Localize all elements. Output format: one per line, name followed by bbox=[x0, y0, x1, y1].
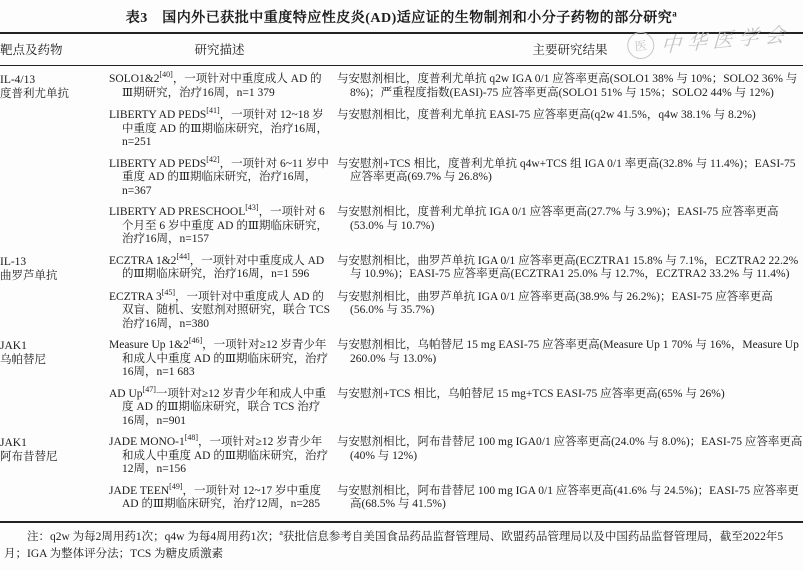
study-description: JADE TEEN[49]，一项针对 12~17 岁中重度 AD 的Ⅲ期临床研究… bbox=[109, 485, 330, 512]
study-result: 与安慰剂+TCS 相比，度普利尤单抗 q4w+TCS 组 IGA 0/1 率更高… bbox=[337, 158, 803, 199]
study-description: LIBERTY AD PEDS[42]，一项针对 6~11 岁中重度 AD 的Ⅲ… bbox=[109, 158, 330, 199]
study-description: LIBERTY AD PRESCHOOL[43]，一项针对 6 个月至 6 岁中… bbox=[109, 206, 330, 247]
drug-name: 度普利尤单抗 bbox=[0, 87, 102, 101]
target-cell bbox=[0, 388, 102, 429]
study-result: 与安慰剂相比，阿布昔替尼 100 mg IGA 0/1 应答率更高(41.6% … bbox=[337, 485, 803, 512]
study-result: 与安慰剂相比，度普利尤单抗 IGA 0/1 应答率更高(27.7% 与 3.9%… bbox=[337, 206, 803, 247]
target-cell bbox=[0, 485, 102, 512]
column-header-results: 主要研究结果 bbox=[337, 40, 803, 58]
target-cell bbox=[0, 291, 102, 332]
study-result: 与安慰剂相比，曲罗芦单抗 IGA 0/1 应答率更高(38.9% 与 26.2%… bbox=[337, 291, 803, 332]
study-description: JADE MONO-1[48]，一项针对≥12 岁青少年和成人中重度 AD 的Ⅲ… bbox=[109, 436, 330, 477]
reference-marker: [46] bbox=[189, 336, 202, 345]
target-cell: JAK1 乌帕替尼 bbox=[0, 339, 102, 380]
reference-marker: [48] bbox=[185, 433, 198, 442]
target-cell bbox=[0, 206, 102, 247]
table-header-row: 靶点及药物 研究描述 主要研究结果 bbox=[0, 34, 803, 66]
study-description: AD Up[47]一项针对≥12 岁青少年和成人中重度 AD 的Ⅲ期临床研究，联… bbox=[109, 388, 330, 429]
study-result: 与安慰剂+TCS 相比，乌帕替尼 15 mg+TCS EASI-75 应答率更高… bbox=[337, 388, 803, 429]
target-name: IL-4/13 bbox=[0, 73, 102, 87]
study-result: 与安慰剂相比，阿布昔替尼 100 mg IGA0/1 应答率更高(24.0% 与… bbox=[337, 436, 803, 477]
reference-marker: [44] bbox=[176, 252, 189, 261]
study-description: ECZTRA 1&2[44]，一项针对中重度成人 AD 的Ⅲ期临床研究，治疗16… bbox=[109, 255, 330, 283]
study-description: LIBERTY AD PEDS[41]，一项针对 12~18 岁中重度 AD 的… bbox=[109, 109, 330, 150]
reference-marker: [40] bbox=[159, 70, 172, 79]
drug-name: 曲罗芦单抗 bbox=[0, 269, 102, 283]
table-title-text: 表3 国内外已获批中重度特应性皮炎(AD)适应证的生物制剂和小分子药物的部分研究 bbox=[126, 11, 673, 26]
reference-marker: [43] bbox=[245, 203, 258, 212]
table-title-footnote-marker: a bbox=[672, 8, 677, 18]
reference-marker: [45] bbox=[162, 288, 175, 297]
target-cell: IL-13 曲罗芦单抗 bbox=[0, 255, 102, 283]
table-footnote: 注：q2w 为每2周用药1次；q4w 为每4周用药1次；a获批信息参考自美国食品… bbox=[0, 523, 803, 564]
reference-marker: [42] bbox=[206, 155, 219, 164]
journal-table-page: 表3 国内外已获批中重度特应性皮炎(AD)适应证的生物制剂和小分子药物的部分研究… bbox=[0, 0, 803, 571]
column-header-description: 研究描述 bbox=[109, 40, 330, 58]
table-title: 表3 国内外已获批中重度特应性皮炎(AD)适应证的生物制剂和小分子药物的部分研究… bbox=[0, 0, 803, 27]
study-description: ECZTRA 3[45]，一项针对中重度成人 AD 的双盲、随机、安慰剂对照研究… bbox=[109, 291, 330, 332]
reference-marker: [41] bbox=[206, 106, 219, 115]
study-description: Measure Up 1&2[46]，一项针对≥12 岁青少年和成人中重度 AD… bbox=[109, 339, 330, 380]
studies-table: 靶点及药物 研究描述 主要研究结果 IL-4/13 度普利尤单抗 SOLO1&2… bbox=[0, 32, 803, 523]
column-header-target: 靶点及药物 bbox=[0, 40, 102, 58]
study-result: 与安慰剂相比，度普利尤单抗 q2w IGA 0/1 应答率更高(SOLO1 38… bbox=[337, 73, 803, 101]
footnote-prefix: 注：q2w 为每2周用药1次；q4w 为每4周用药1次； bbox=[27, 531, 279, 543]
target-name: JAK1 bbox=[0, 339, 102, 353]
reference-marker: [49] bbox=[169, 482, 182, 491]
target-cell: JAK1 阿布昔替尼 bbox=[0, 436, 102, 477]
target-name: IL-13 bbox=[0, 255, 102, 269]
study-result: 与安慰剂相比，度普利尤单抗 EASI-75 应答率更高(q2w 41.5%，q4… bbox=[337, 109, 803, 150]
target-name: JAK1 bbox=[0, 436, 102, 450]
study-result: 与安慰剂相比，乌帕替尼 15 mg EASI-75 应答率更高(Measure … bbox=[337, 339, 803, 380]
study-description: SOLO1&2[40]，一项针对中重度成人 AD 的Ⅲ期研究，治疗16周，n=1… bbox=[109, 73, 330, 101]
target-cell: IL-4/13 度普利尤单抗 bbox=[0, 73, 102, 101]
target-cell bbox=[0, 158, 102, 199]
reference-marker: [47] bbox=[143, 385, 156, 394]
drug-name: 阿布昔替尼 bbox=[0, 450, 102, 464]
target-cell bbox=[0, 109, 102, 150]
drug-name: 乌帕替尼 bbox=[0, 353, 102, 367]
table-body: IL-4/13 度普利尤单抗 SOLO1&2[40]，一项针对中重度成人 AD … bbox=[0, 66, 803, 521]
study-result: 与安慰剂相比，曲罗芦单抗 IGA 0/1 应答率更高(ECZTRA1 15.8%… bbox=[337, 255, 803, 283]
